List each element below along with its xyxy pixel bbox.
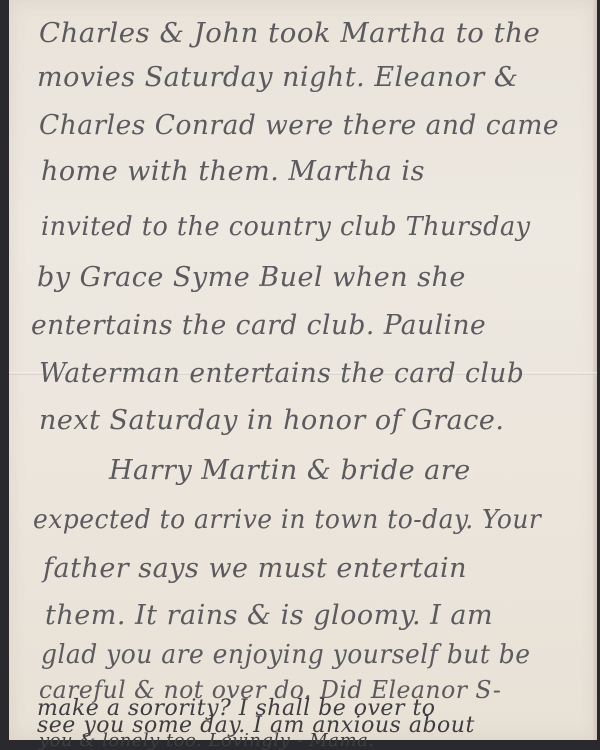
letter-line-8: Waterman entertains the card club: [39, 358, 524, 389]
letter-line-2: movies Saturday night. Eleanor &: [37, 62, 518, 93]
letter-line-1: Charles & John took Martha to the: [39, 18, 540, 49]
letter-line-6: by Grace Syme Buel when she: [37, 262, 466, 293]
letter-line-4: home with them. Martha is: [41, 156, 425, 187]
letter-line-18: you & lonely too. Lovingly - Mama.: [39, 732, 375, 750]
letter-line-14: glad you are enjoying yourself but be: [41, 640, 530, 670]
letter-line-3: Charles Conrad were there and came: [39, 110, 559, 141]
letter-line-10: Harry Martin & bride are: [109, 455, 471, 486]
letter-line-9: next Saturday in honor of Grace.: [39, 405, 504, 436]
letter-line-11: expected to arrive in town to-day. Your: [33, 505, 541, 535]
letter-line-7: entertains the card club. Pauline: [31, 310, 486, 341]
scan-background: Charles & John took Martha to the movies…: [0, 0, 600, 750]
letter-body: Charles & John took Martha to the movies…: [9, 0, 597, 740]
letter-page: Charles & John took Martha to the movies…: [9, 0, 597, 740]
letter-line-5: invited to the country club Thursday: [41, 212, 531, 242]
letter-line-12: father says we must entertain: [43, 553, 467, 584]
letter-line-13: them. It rains & is gloomy. I am: [45, 600, 493, 631]
